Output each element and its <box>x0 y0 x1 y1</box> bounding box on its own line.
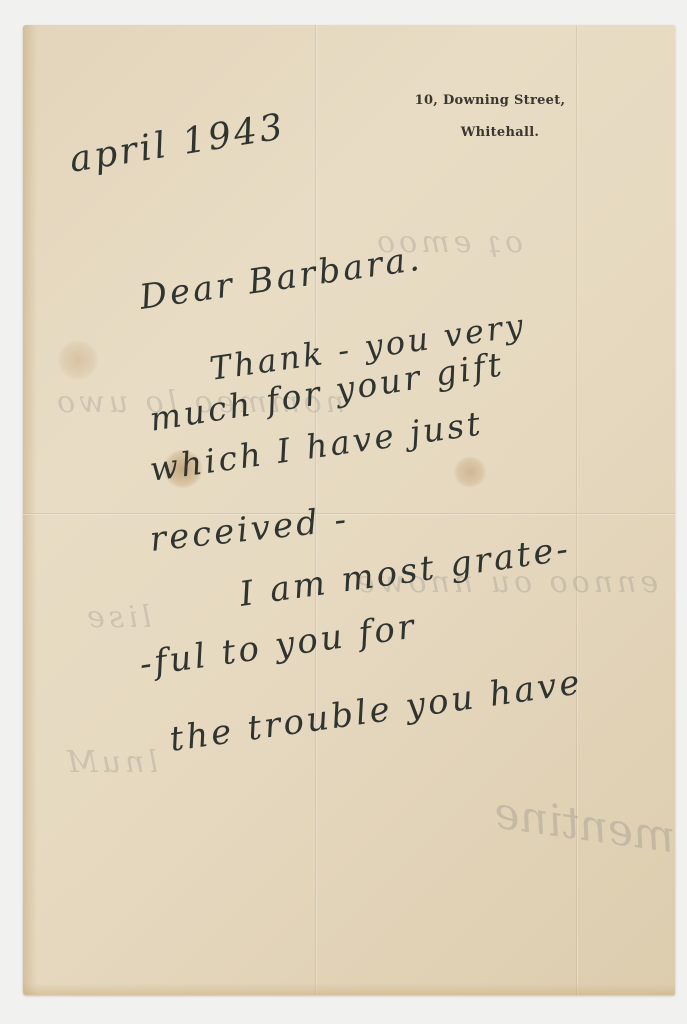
bleed-through-signature: Clementine <box>491 787 675 873</box>
letterhead-address: 10, Downing Street, <box>390 93 590 108</box>
stain-right <box>453 457 487 487</box>
stain-upper-left <box>58 340 98 380</box>
letterhead-district: Whitehall. <box>410 125 590 140</box>
bleed-through-text: lnuM <box>63 745 158 780</box>
bleed-through-text: lise <box>83 600 151 635</box>
